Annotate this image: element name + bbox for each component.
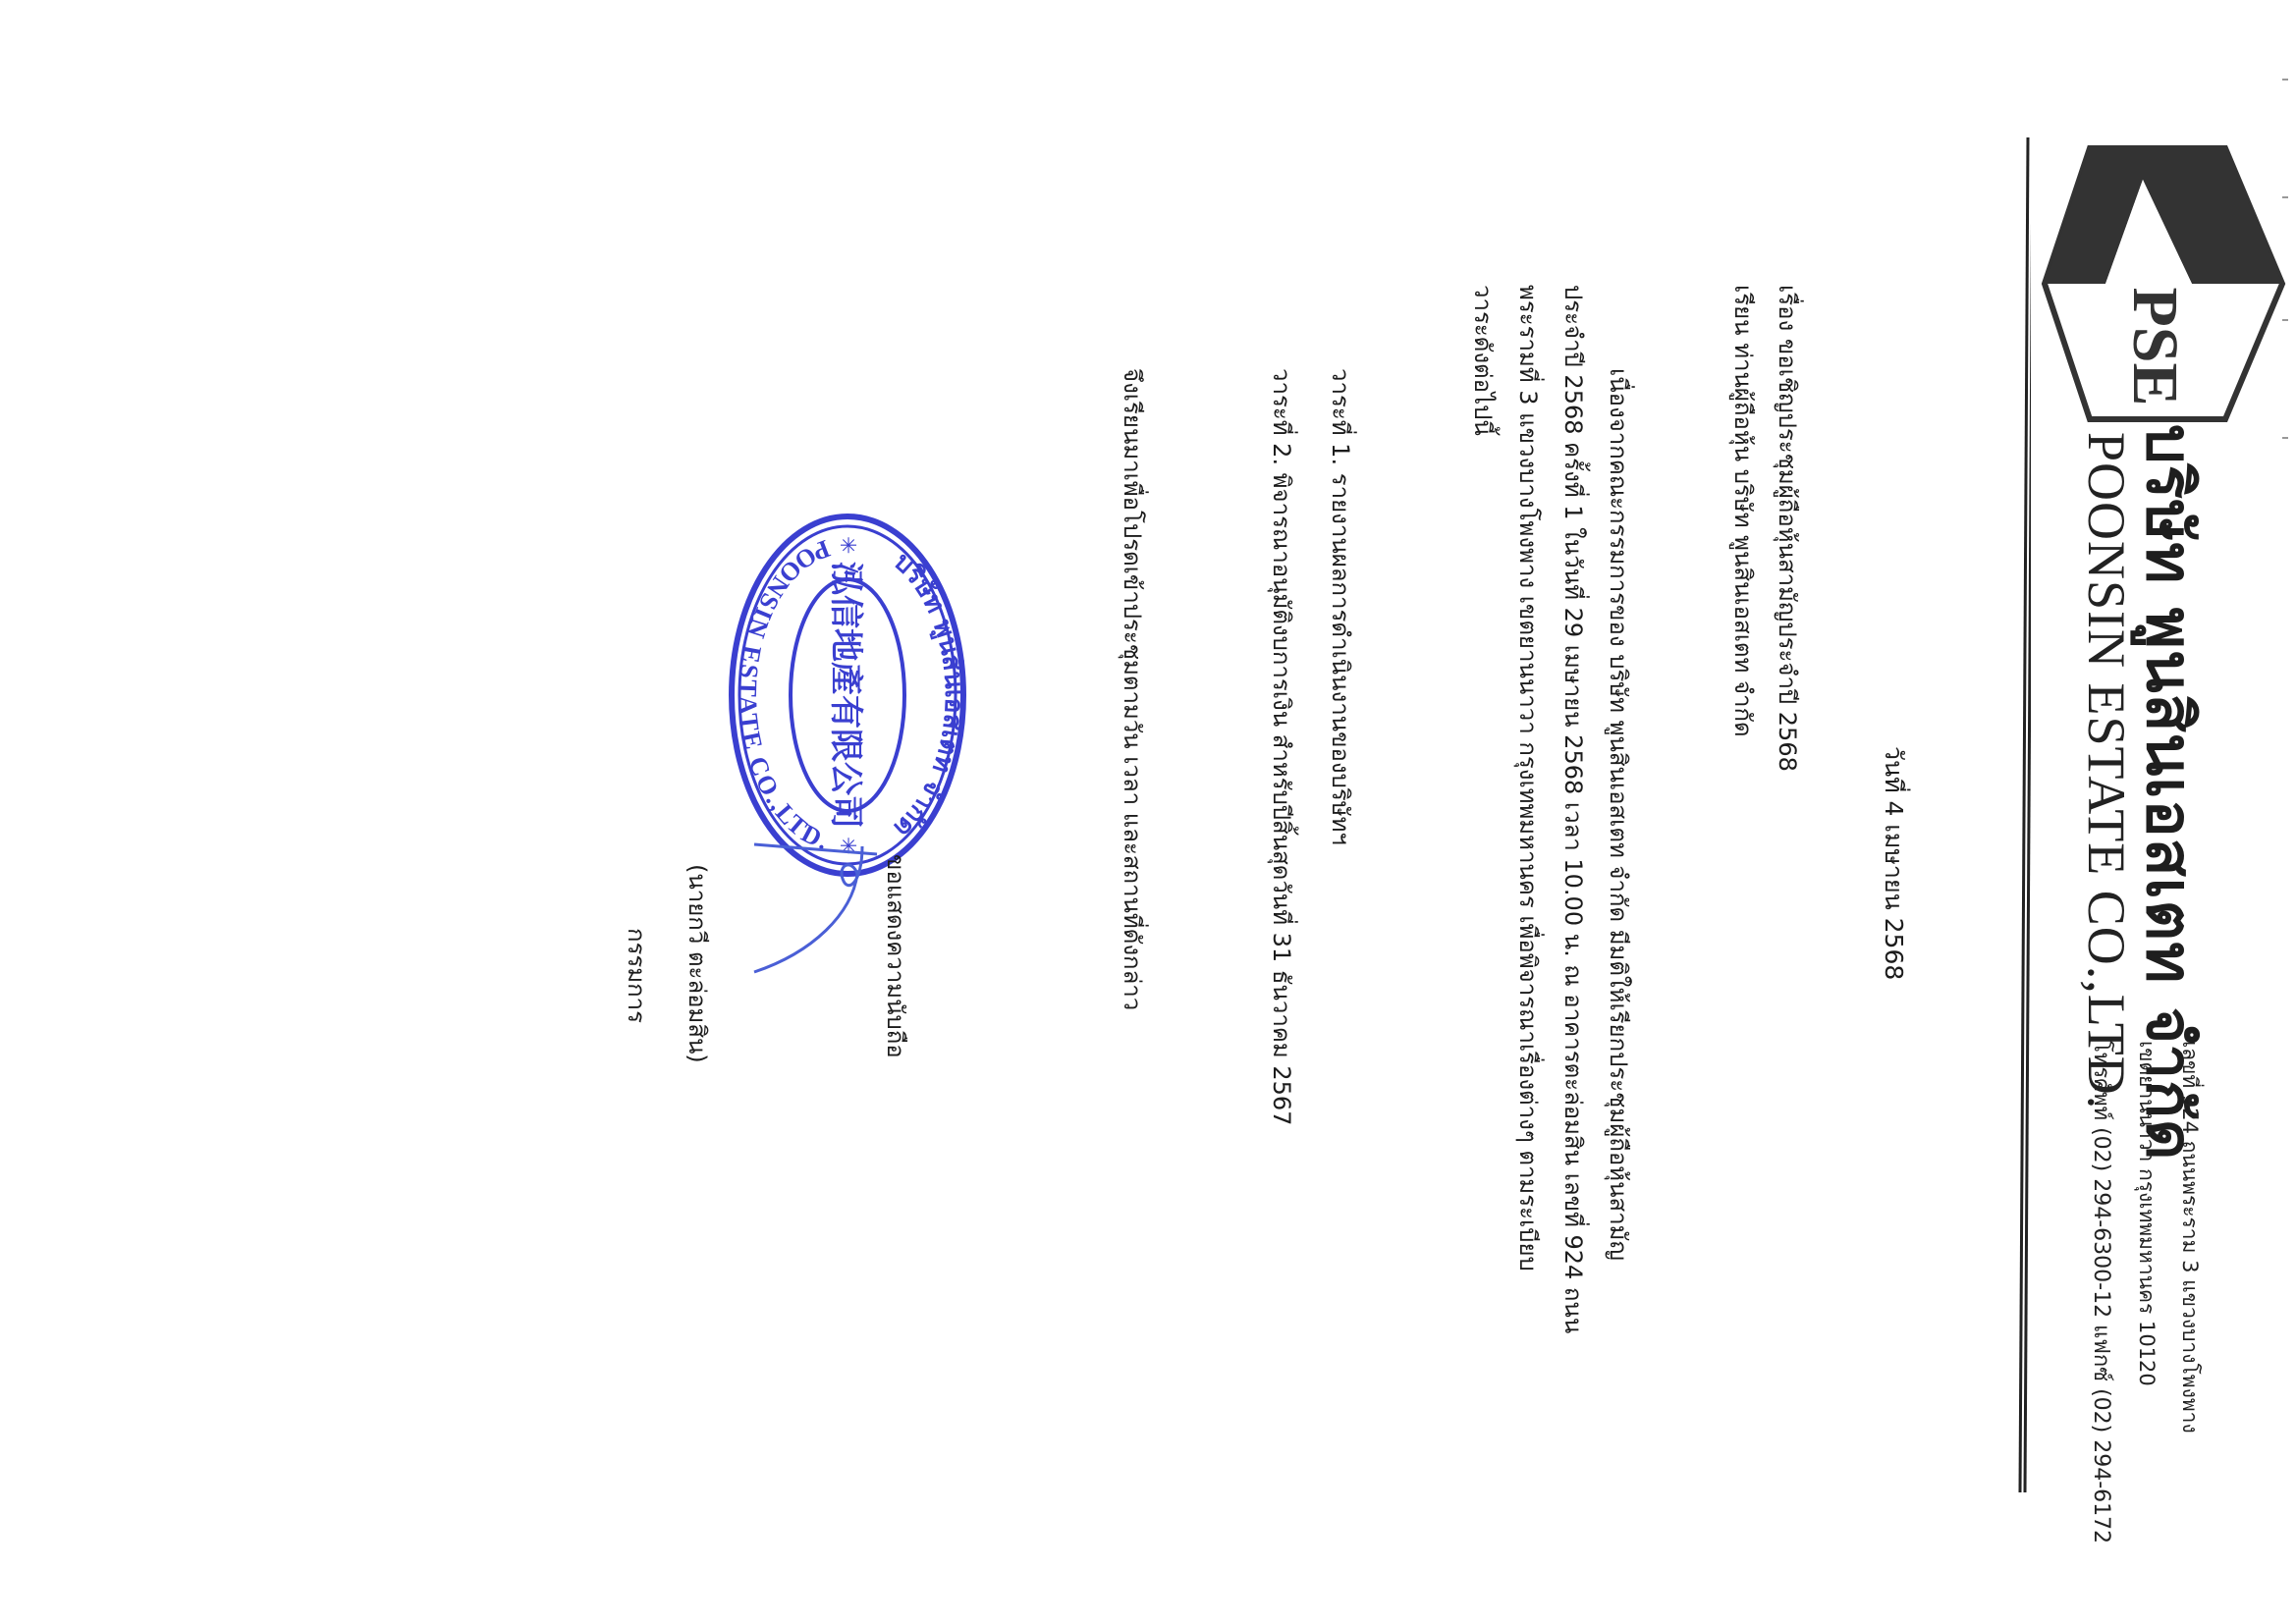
paragraph-line: วาระดังต่อไปนี้ [1464,285,1503,436]
scan-mark [2282,196,2288,198]
paragraph-line: เนื่องจากคณะกรรมการของ บริษัท พูนสินเอสเ… [1600,368,1638,1261]
handwritten-signature [744,825,902,982]
signer-name: (นายกวี ตะล่อมสิน) [679,864,717,1063]
letterhead-double-rule [2017,137,2031,1492]
svg-text:POONSIN ESTATE CO.,LTD.: POONSIN ESTATE CO.,LTD. [734,534,834,856]
scan-mark [2282,319,2288,321]
svg-text:泓信地產有限公司: 泓信地產有限公司 [826,562,865,829]
scan-mark [2282,437,2288,439]
paragraph-line: พระรามที่ 3 แขวงบางโพงพาง เขตยานนาวา กรุ… [1509,285,1548,1271]
address-line-1: เลขที่ 924 ถนนพระราม 3 แขวงบางโพงพาง [2173,1041,2206,1434]
closing-sentence: จึงเรียนมาเพื่อโปรดเข้าประชุมตามวัน เวลา… [1114,368,1152,1010]
pse-logo-icon: PSE [2041,140,2286,427]
scan-mark [2282,79,2288,81]
letter-date: วันที่ 4 เมษายน 2568 [1874,746,1913,980]
svg-text:บริษัท พูนสินเอสเตท จำกัด: บริษัท พูนสินเอสเตท จำกัด [888,547,968,842]
address-line-2: เขตยานนาวา กรุงเทพมหานคร 10120 [2130,1041,2162,1386]
letter-subject: เรื่อง ขอเชิญประชุมผู้ถือหุ้นสามัญประจำป… [1769,285,1807,772]
letter-salutation: เรียน ท่านผู้ถือหุ้น บริษัท พูนสินเอสเตท… [1724,285,1763,737]
contact-phone-fax: โทรศัพท์ (02) 294-6300-12 แฟกซ์ (02) 294… [2085,1041,2119,1543]
svg-text:✳: ✳ [835,536,859,554]
letter-page: PSE บริษัท พูนสินเอสเตท จำกัด POONSIN ES… [0,0,2296,1623]
agenda-item-1: วาระที่ 1. รายงานผลการดำเนินงานของบริษัท… [1322,368,1360,845]
signer-title: กรรมการ [618,928,656,1023]
agenda-item-2: วาระที่ 2. พิจารณาอนุมัติงบการเงิน สำหรั… [1263,368,1301,1125]
company-name-english: POONSIN ESTATE CO.,LTD. [2076,432,2137,1109]
svg-text:PSE: PSE [2119,287,2191,406]
paragraph-line: ประจำปี 2568 ครั้งที่ 1 ในวันที่ 29 เมษา… [1555,285,1593,1333]
